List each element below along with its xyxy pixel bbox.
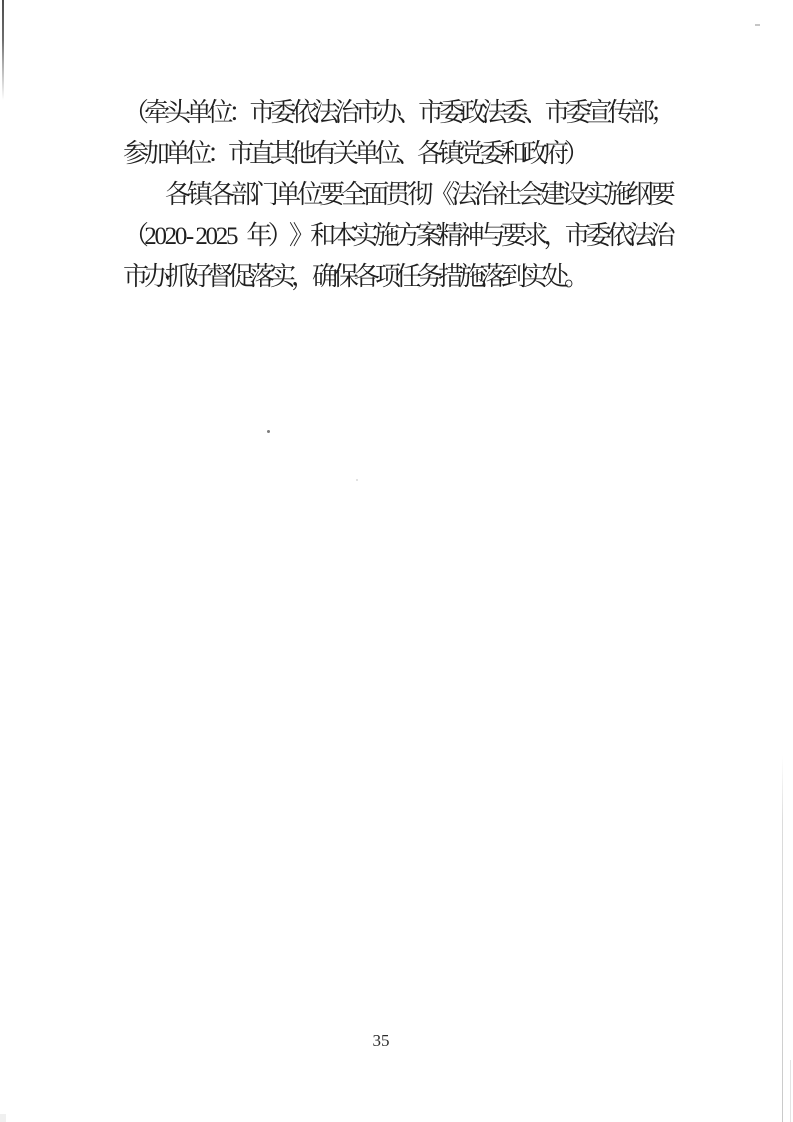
body-text-block: （牵头单位：市委依法治市办、市委政法委、市委宣传部； 参加单位：市直其他有关单位… bbox=[123, 92, 671, 297]
scan-speck bbox=[0, 1114, 6, 1122]
page-number: 35 bbox=[368, 1029, 394, 1053]
scan-edge-artifact-bottom-right bbox=[782, 756, 783, 1122]
scan-edge-artifact-top-left bbox=[2, 0, 4, 100]
scan-speck bbox=[755, 24, 760, 26]
document-page: （牵头单位：市委依法治市办、市委政法委、市委宣传部； 参加单位：市直其他有关单位… bbox=[0, 0, 793, 1122]
body-line-5: 市办抓好督促落实，确保各项任务措施落到实处。 bbox=[123, 256, 671, 297]
scan-edge-artifact-far-right bbox=[790, 1060, 791, 1122]
body-line-4: （2020-2025 年）》和本实施方案精神与要求，市委依法治 bbox=[123, 215, 671, 256]
body-line-3: 各镇各部门单位要全面贯彻《法治社会建设实施纲要 bbox=[123, 174, 671, 215]
body-line-2: 参加单位：市直其他有关单位、各镇党委和政府） bbox=[123, 133, 671, 174]
body-line-1: （牵头单位：市委依法治市办、市委政法委、市委宣传部； bbox=[123, 92, 671, 133]
scan-speck bbox=[356, 479, 358, 481]
scan-speck bbox=[267, 430, 270, 433]
